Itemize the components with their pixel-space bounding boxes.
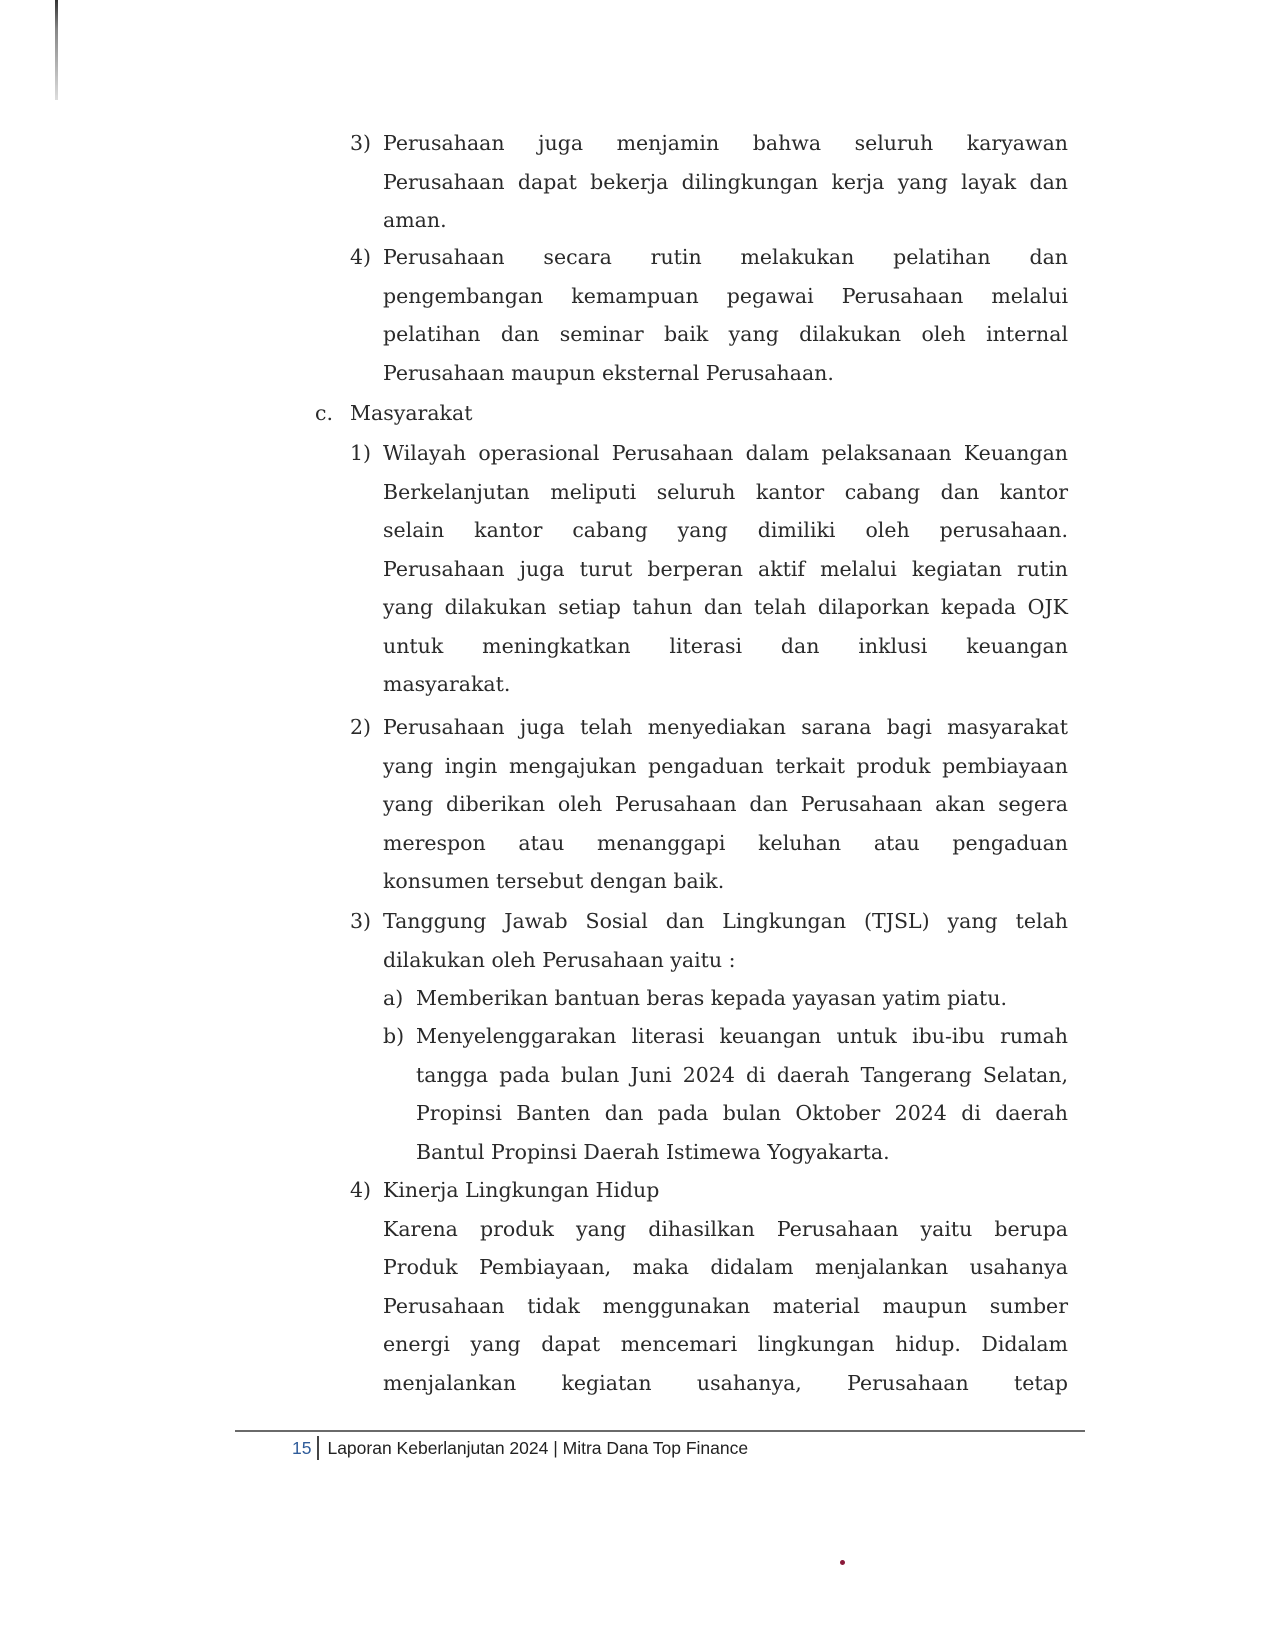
paragraph-line: Perusahaan maupun eksternal Perusahaan. xyxy=(383,360,834,386)
paragraph-line: Perusahaan juga turut berperan aktif mel… xyxy=(383,556,1068,582)
list-marker: 3) xyxy=(350,130,371,156)
paragraph-line: yang diberikan oleh Perusahaan dan Perus… xyxy=(383,791,1068,817)
paragraph-line: selain kantor cabang yang dimiliki oleh … xyxy=(383,517,1068,543)
footer-title: Laporan Keberlanjutan 2024 | Mitra Dana … xyxy=(327,1437,748,1459)
paragraph-line: tangga pada bulan Juni 2024 di daerah Ta… xyxy=(416,1062,1068,1088)
paragraph-line: Produk Pembiayaan, maka didalam menjalan… xyxy=(383,1254,1068,1280)
footer-divider xyxy=(235,1430,1085,1432)
footer-separator xyxy=(317,1436,319,1460)
paragraph-line: merespon atau menanggapi keluhan atau pe… xyxy=(383,830,1068,856)
paragraph-line: Bantul Propinsi Daerah Istimewa Yogyakar… xyxy=(416,1139,890,1165)
paragraph-line: Karena produk yang dihasilkan Perusahaan… xyxy=(383,1216,1068,1242)
page-number: 15 xyxy=(292,1437,311,1459)
paragraph-line: aman. xyxy=(383,207,447,233)
list-marker: 4) xyxy=(350,244,371,270)
paragraph-line: yang ingin mengajukan pengaduan terkait … xyxy=(383,753,1068,779)
paragraph-line: Berkelanjutan meliputi seluruh kantor ca… xyxy=(383,479,1068,505)
list-marker: c. xyxy=(315,400,333,426)
paragraph-line: Perusahaan dapat bekerja dilingkungan ke… xyxy=(383,169,1068,195)
paragraph-line: Wilayah operasional Perusahaan dalam pel… xyxy=(383,440,1068,466)
list-marker: 2) xyxy=(350,714,371,740)
paragraph-line: yang dilakukan setiap tahun dan telah di… xyxy=(383,594,1068,620)
paragraph-line: dilakukan oleh Perusahaan yaitu : xyxy=(383,947,736,973)
paragraph-line: Masyarakat xyxy=(350,400,472,426)
paragraph-line: pengembangan kemampuan pegawai Perusahaa… xyxy=(383,283,1068,309)
list-marker: a) xyxy=(383,985,403,1011)
list-marker: 1) xyxy=(350,440,371,466)
list-marker: b) xyxy=(383,1023,404,1049)
list-marker: 4) xyxy=(350,1177,371,1203)
paragraph-line: konsumen tersebut dengan baik. xyxy=(383,868,724,894)
paragraph-line: Kinerja Lingkungan Hidup xyxy=(383,1177,659,1203)
paragraph-line: Perusahaan secara rutin melakukan pelati… xyxy=(383,244,1068,270)
paragraph-line: Perusahaan juga telah menyediakan sarana… xyxy=(383,714,1068,740)
scan-speck xyxy=(840,1560,845,1565)
paragraph-line: menjalankan kegiatan usahanya, Perusahaa… xyxy=(383,1370,1068,1396)
page-footer: 15 Laporan Keberlanjutan 2024 | Mitra Da… xyxy=(292,1436,748,1460)
paragraph-line: energi yang dapat mencemari lingkungan h… xyxy=(383,1331,1068,1357)
paragraph-line: Perusahaan tidak menggunakan material ma… xyxy=(383,1293,1068,1319)
paragraph-line: untuk meningkatkan literasi dan inklusi … xyxy=(383,633,1068,659)
paragraph-line: pelatihan dan seminar baik yang dilakuka… xyxy=(383,321,1068,347)
paragraph-line: Perusahaan juga menjamin bahwa seluruh k… xyxy=(383,130,1068,156)
paragraph-line: Menyelenggarakan literasi keuangan untuk… xyxy=(416,1023,1068,1049)
paragraph-line: masyarakat. xyxy=(383,671,510,697)
paragraph-line: Tanggung Jawab Sosial dan Lingkungan (TJ… xyxy=(383,908,1068,934)
paragraph-line: Memberikan bantuan beras kepada yayasan … xyxy=(416,985,1007,1011)
paragraph-line: Propinsi Banten dan pada bulan Oktober 2… xyxy=(416,1100,1068,1126)
scan-edge-artifact xyxy=(55,0,58,100)
list-marker: 3) xyxy=(350,908,371,934)
